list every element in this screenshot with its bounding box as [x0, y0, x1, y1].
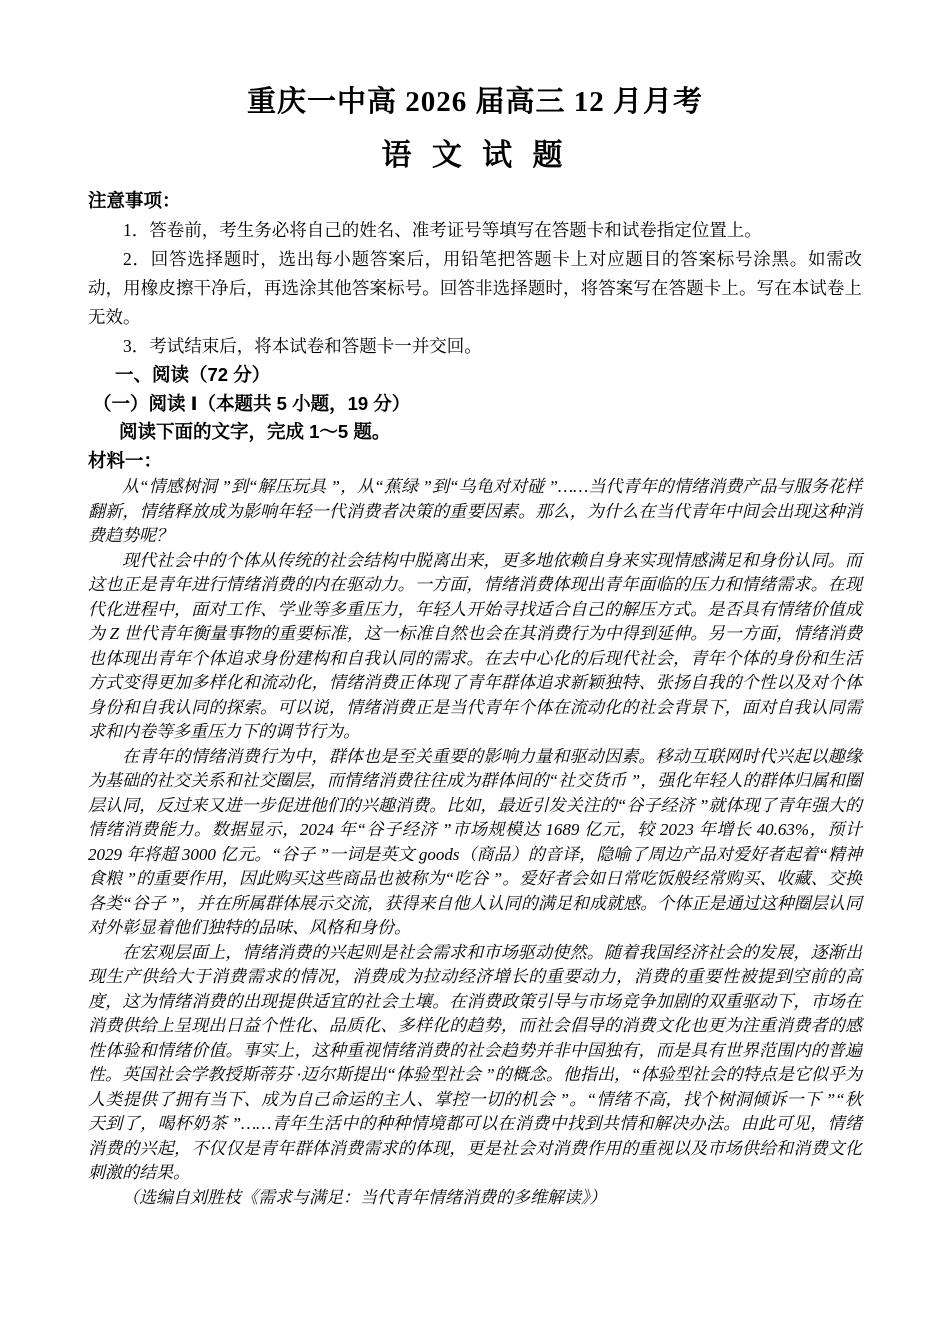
- material-paragraph-4: 在宏观层面上，情绪消费的兴起则是社会需求和市场驱动使然。随着我国经济社会的发展，…: [88, 941, 862, 1186]
- reading-instruction: 阅读下面的文字，完成 1～5 题。: [88, 418, 862, 447]
- material-paragraph-3: 在青年的情绪消费行为中，群体也是至关重要的影响力量和驱动因素。移动互联网时代兴起…: [88, 745, 862, 941]
- notice-item-2: 2．回答选择题时，选出每小题答案后，用铅笔把答题卡上对应题目的答案标号涂黑。如需…: [88, 245, 862, 332]
- notice-heading: 注意事项：: [88, 186, 862, 216]
- subsection-heading-reading-1: （一）阅读 Ⅰ（本题共 5 小题，19 分）: [88, 390, 862, 419]
- notice-item-1: 1．答卷前，考生务必将自己的姓名、准考证号等填写在答题卡和试卷指定位置上。: [88, 216, 862, 245]
- exam-title: 重庆一中高 2026 届高三 12 月月考: [88, 84, 862, 121]
- notice-item-3: 3．考试结束后，将本试卷和答题卡一并交回。: [88, 332, 862, 361]
- section-heading-reading: 一、阅读（72 分）: [88, 361, 862, 390]
- material-one-body: 从“情感树洞 ”到“解压玩具 ”，从“蕉绿 ”到“乌龟对对碰 ”……当代青年的情…: [88, 475, 862, 1210]
- material-paragraph-2: 现代社会中的个体从传统的社会结构中脱离出来，更多地依赖自身来实现情感满足和身份认…: [88, 549, 862, 745]
- subject-title: 语 文 试 题: [88, 136, 862, 176]
- source-citation: （选编自刘胜枝《需求与满足：当代青年情绪消费的多维解读》）: [88, 1186, 862, 1211]
- exam-paper-page: 重庆一中高 2026 届高三 12 月月考 语 文 试 题 注意事项： 1．答卷…: [0, 0, 950, 1344]
- material-one-label: 材料一：: [88, 447, 862, 476]
- material-paragraph-1: 从“情感树洞 ”到“解压玩具 ”，从“蕉绿 ”到“乌龟对对碰 ”……当代青年的情…: [88, 475, 862, 549]
